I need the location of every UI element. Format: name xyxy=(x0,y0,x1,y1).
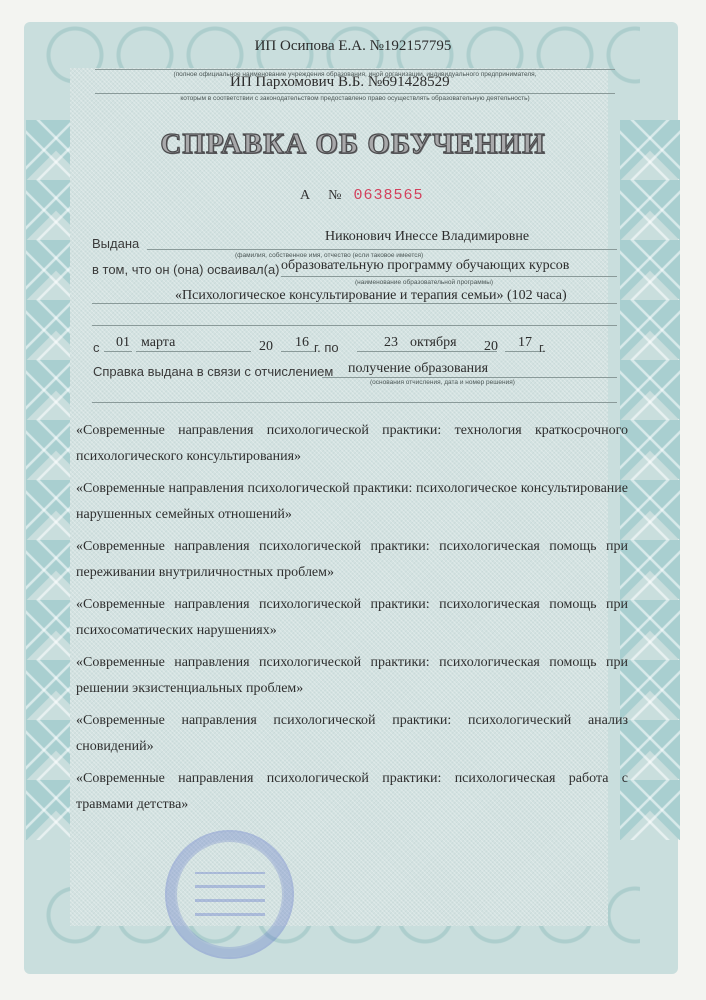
reason-rule xyxy=(322,377,617,378)
reason-value: получение образования xyxy=(348,361,488,377)
course-item: «Современные направления психологической… xyxy=(76,650,628,702)
reason-label: Справка выдана в связи с отчислением xyxy=(93,364,333,379)
document-title: СПРАВКА ОБ ОБУЧЕНИИ xyxy=(0,128,706,161)
issuer-line-1: ИП Осипова Е.А. №192157795 xyxy=(0,38,706,55)
period-from-prefix: с xyxy=(93,340,100,355)
course-item: «Современные направления психологической… xyxy=(76,766,628,818)
recipient-rule xyxy=(147,249,617,250)
official-stamp xyxy=(165,830,294,959)
issuer-rule-1 xyxy=(95,69,615,70)
program-label: в том, что он (она) осваивал(а) xyxy=(92,262,280,277)
period-to-century: 20 xyxy=(484,339,498,355)
period-year-suffix-1: г. по xyxy=(314,340,339,355)
period-to-year: 17 xyxy=(518,335,532,351)
course-item: «Современные направления психологической… xyxy=(76,534,628,586)
period-from-year: 16 xyxy=(295,335,309,351)
period-from-century: 20 xyxy=(259,339,273,355)
course-item: «Современные направления психологической… xyxy=(76,476,628,528)
period-from-day: 01 xyxy=(116,335,130,351)
serial-number: А № 0638565 xyxy=(300,186,424,204)
period-from-month-rule xyxy=(136,351,251,352)
reason-rule-2 xyxy=(92,402,617,403)
serial-number-value: 0638565 xyxy=(353,187,423,204)
stamp-text-block xyxy=(195,872,265,916)
period-from-month: марта xyxy=(141,335,175,351)
serial-series: А xyxy=(300,188,310,203)
issuer-rule-2 xyxy=(95,93,615,94)
reason-caption: (основания отчисления, дата и номер реше… xyxy=(370,379,515,386)
course-item: «Современные направления психологической… xyxy=(76,708,628,760)
period-from-year-rule xyxy=(281,351,315,352)
course-item: «Современные направления психологической… xyxy=(76,592,628,644)
course-item: «Современные направления психологической… xyxy=(76,418,628,470)
period-from-day-rule xyxy=(104,351,132,352)
period-to-month-rule xyxy=(369,351,497,352)
period-to-month: октября xyxy=(410,335,457,351)
issuer-line-2: ИП Пархомович В.Б. №691428529 xyxy=(230,74,450,91)
recipient-label: Выдана xyxy=(92,236,139,251)
program-rule-1 xyxy=(281,276,617,277)
program-value-line-2: «Психологическое консультирование и тера… xyxy=(175,288,567,304)
right-diamond-ornament xyxy=(620,120,680,840)
program-caption: (наименование образовательной программы) xyxy=(355,279,493,286)
recipient-name: Никонович Инессе Владимировне xyxy=(325,229,529,245)
period-year-suffix-2: г. xyxy=(539,340,546,355)
program-value-line-1: образовательную программу обучающих курс… xyxy=(281,258,569,274)
period-to-day: 23 xyxy=(384,335,398,351)
issuer-caption-2: которым в соответствии с законодательств… xyxy=(95,95,615,102)
program-rule-3 xyxy=(92,325,617,326)
program-rule-2 xyxy=(92,303,617,304)
serial-number-sign: № xyxy=(328,188,341,203)
